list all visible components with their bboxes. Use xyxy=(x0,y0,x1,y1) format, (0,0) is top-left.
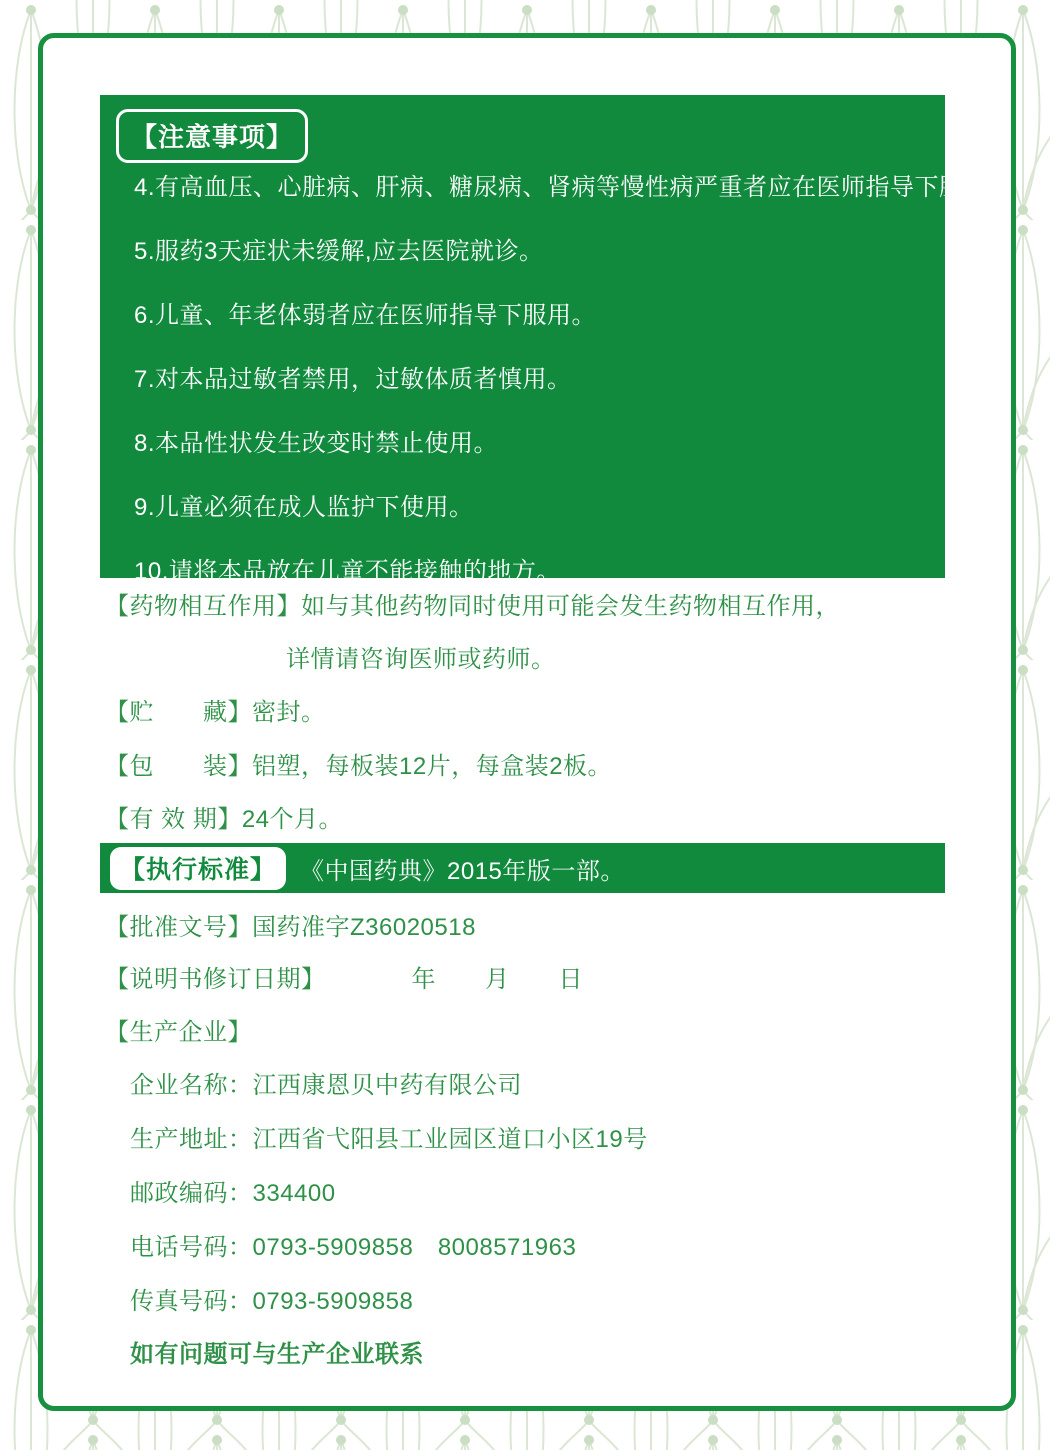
storage-line: 【贮 藏】密封。 xyxy=(105,698,326,728)
standard-text: 《中国药典》2015年版一部。 xyxy=(300,851,625,886)
precaution-item: 9.儿童必须在成人监护下使用。 xyxy=(134,487,931,522)
manufacturer-postcode: 邮政编码：334400 xyxy=(130,1179,336,1209)
precautions-box: 【注意事项】 4.有高血压、心脏病、肝病、糖尿病、肾病等慢性病严重者应在医师指导… xyxy=(100,95,945,578)
manufacturer-name: 企业名称：江西康恩贝中药有限公司 xyxy=(130,1071,522,1101)
drug-interaction-line2: 详情请咨询医师或药师。 xyxy=(286,645,556,675)
packaging-line: 【包 装】铝塑，每板装12片，每盒装2板。 xyxy=(105,752,612,782)
validity-line: 【有 效 期】24个月。 xyxy=(105,805,343,835)
precaution-item: 6.儿童、年老体弱者应在医师指导下服用。 xyxy=(134,295,931,330)
manufacturer-header: 【生产企业】 xyxy=(105,1018,252,1048)
precaution-item: 7.对本品过敏者禁用，过敏体质者慎用。 xyxy=(134,359,931,394)
standard-label: 【执行标准】 xyxy=(110,847,286,890)
manufacturer-phone: 电话号码：0793-5909858 8008571963 xyxy=(130,1233,576,1263)
precaution-item: 5.服药3天症状未缓解,应去医院就诊。 xyxy=(134,231,931,266)
precaution-item: 4.有高血压、心脏病、肝病、糖尿病、肾病等慢性病严重者应在医师指导下服用。 xyxy=(134,167,931,202)
precaution-item: 10.请将本品放在儿童不能接触的地方。 xyxy=(134,551,931,586)
standard-bar: 【执行标准】 《中国药典》2015年版一部。 xyxy=(100,843,945,893)
approval-number-line: 【批准文号】国药准字Z36020518 xyxy=(105,913,476,943)
manufacturer-fax: 传真号码：0793-5909858 xyxy=(130,1287,413,1317)
contact-note: 如有问题可与生产企业联系 xyxy=(130,1340,424,1370)
drug-interaction-line1: 【药物相互作用】如与其他药物同时使用可能会发生药物相互作用， xyxy=(105,592,840,622)
precaution-item: 8.本品性状发生改变时禁止使用。 xyxy=(134,423,931,458)
precautions-header: 【注意事项】 xyxy=(116,109,308,163)
manufacturer-address: 生产地址：江西省弋阳县工业园区道口小区19号 xyxy=(130,1125,648,1155)
revision-date-line: 【说明书修订日期】 年 月 日 xyxy=(105,965,583,995)
